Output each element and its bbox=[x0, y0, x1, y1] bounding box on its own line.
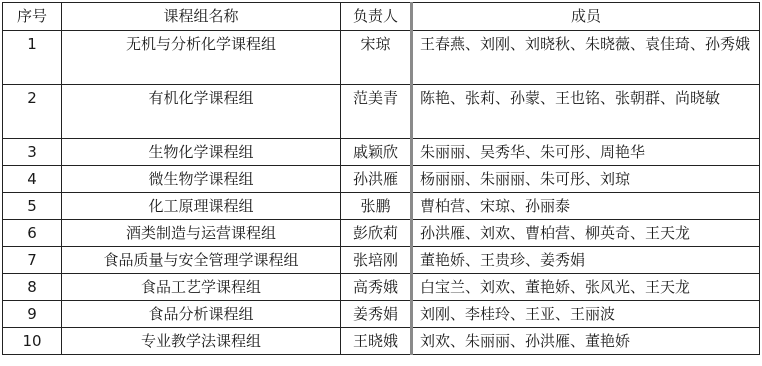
table-row: 1 无机与分析化学课程组 宋琼 王春燕、刘刚、刘晓秋、朱晓薇、袁佳琦、孙秀娥 bbox=[3, 31, 760, 85]
header-no: 序号 bbox=[3, 3, 62, 31]
table-row: 5 化工原理课程组 张鹏 曹柏营、宋琼、孙丽泰 bbox=[3, 193, 760, 220]
cell-group-name: 有机化学课程组 bbox=[62, 85, 341, 139]
cell-no: 4 bbox=[3, 166, 62, 193]
table-row: 8 食品工艺学课程组 高秀娥 白宝兰、刘欢、董艳娇、张风光、王天龙 bbox=[3, 274, 760, 301]
cell-group-name: 酒类制造与运营课程组 bbox=[62, 220, 341, 247]
cell-members: 孙洪雁、刘欢、曹柏营、柳英奇、王天龙 bbox=[412, 220, 760, 247]
cell-members: 陈艳、张莉、孙蒙、王也铭、张朝群、尚晓敏 bbox=[412, 85, 760, 139]
cell-no: 9 bbox=[3, 301, 62, 328]
cell-lead: 戚颖欣 bbox=[341, 139, 412, 166]
cell-lead: 孙洪雁 bbox=[341, 166, 412, 193]
table-row: 9 食品分析课程组 姜秀娟 刘刚、李桂玲、王亚、王丽波 bbox=[3, 301, 760, 328]
cell-no: 6 bbox=[3, 220, 62, 247]
cell-members: 朱丽丽、吴秀华、朱可彤、周艳华 bbox=[412, 139, 760, 166]
cell-members: 白宝兰、刘欢、董艳娇、张风光、王天龙 bbox=[412, 274, 760, 301]
cell-group-name: 专业教学法课程组 bbox=[62, 328, 341, 355]
cell-group-name: 化工原理课程组 bbox=[62, 193, 341, 220]
cell-group-name: 食品质量与安全管理学课程组 bbox=[62, 247, 341, 274]
cell-group-name: 微生物学课程组 bbox=[62, 166, 341, 193]
header-group-name: 课程组名称 bbox=[62, 3, 341, 31]
cell-group-name: 无机与分析化学课程组 bbox=[62, 31, 341, 85]
table-header-row: 序号 课程组名称 负责人 成员 bbox=[3, 3, 760, 31]
cell-members: 杨丽丽、朱丽丽、朱可彤、刘琼 bbox=[412, 166, 760, 193]
cell-lead: 王晓娥 bbox=[341, 328, 412, 355]
header-lead: 负责人 bbox=[341, 3, 412, 31]
cell-members: 曹柏营、宋琼、孙丽泰 bbox=[412, 193, 760, 220]
cell-lead: 范美青 bbox=[341, 85, 412, 139]
cell-lead: 宋琼 bbox=[341, 31, 412, 85]
cell-no: 1 bbox=[3, 31, 62, 85]
cell-members: 王春燕、刘刚、刘晓秋、朱晓薇、袁佳琦、孙秀娥 bbox=[412, 31, 760, 85]
cell-lead: 彭欣莉 bbox=[341, 220, 412, 247]
cell-no: 2 bbox=[3, 85, 62, 139]
cell-group-name: 生物化学课程组 bbox=[62, 139, 341, 166]
cell-lead: 姜秀娟 bbox=[341, 301, 412, 328]
table-row: 2 有机化学课程组 范美青 陈艳、张莉、孙蒙、王也铭、张朝群、尚晓敏 bbox=[3, 85, 760, 139]
cell-members: 董艳娇、王贵珍、姜秀娟 bbox=[412, 247, 760, 274]
header-members: 成员 bbox=[412, 3, 760, 31]
cell-no: 5 bbox=[3, 193, 62, 220]
cell-no: 3 bbox=[3, 139, 62, 166]
cell-no: 10 bbox=[3, 328, 62, 355]
cell-members: 刘刚、李桂玲、王亚、王丽波 bbox=[412, 301, 760, 328]
table-row: 3 生物化学课程组 戚颖欣 朱丽丽、吴秀华、朱可彤、周艳华 bbox=[3, 139, 760, 166]
table-row: 7 食品质量与安全管理学课程组 张培刚 董艳娇、王贵珍、姜秀娟 bbox=[3, 247, 760, 274]
cell-lead: 高秀娥 bbox=[341, 274, 412, 301]
cell-group-name: 食品分析课程组 bbox=[62, 301, 341, 328]
table-row: 10 专业教学法课程组 王晓娥 刘欢、朱丽丽、孙洪雁、董艳娇 bbox=[3, 328, 760, 355]
cell-lead: 张培刚 bbox=[341, 247, 412, 274]
course-group-table: 序号 课程组名称 负责人 成员 1 无机与分析化学课程组 宋琼 王春燕、刘刚、刘… bbox=[2, 2, 760, 355]
cell-no: 7 bbox=[3, 247, 62, 274]
cell-no: 8 bbox=[3, 274, 62, 301]
cell-members: 刘欢、朱丽丽、孙洪雁、董艳娇 bbox=[412, 328, 760, 355]
table-row: 6 酒类制造与运营课程组 彭欣莉 孙洪雁、刘欢、曹柏营、柳英奇、王天龙 bbox=[3, 220, 760, 247]
cell-group-name: 食品工艺学课程组 bbox=[62, 274, 341, 301]
table-row: 4 微生物学课程组 孙洪雁 杨丽丽、朱丽丽、朱可彤、刘琼 bbox=[3, 166, 760, 193]
cell-lead: 张鹏 bbox=[341, 193, 412, 220]
